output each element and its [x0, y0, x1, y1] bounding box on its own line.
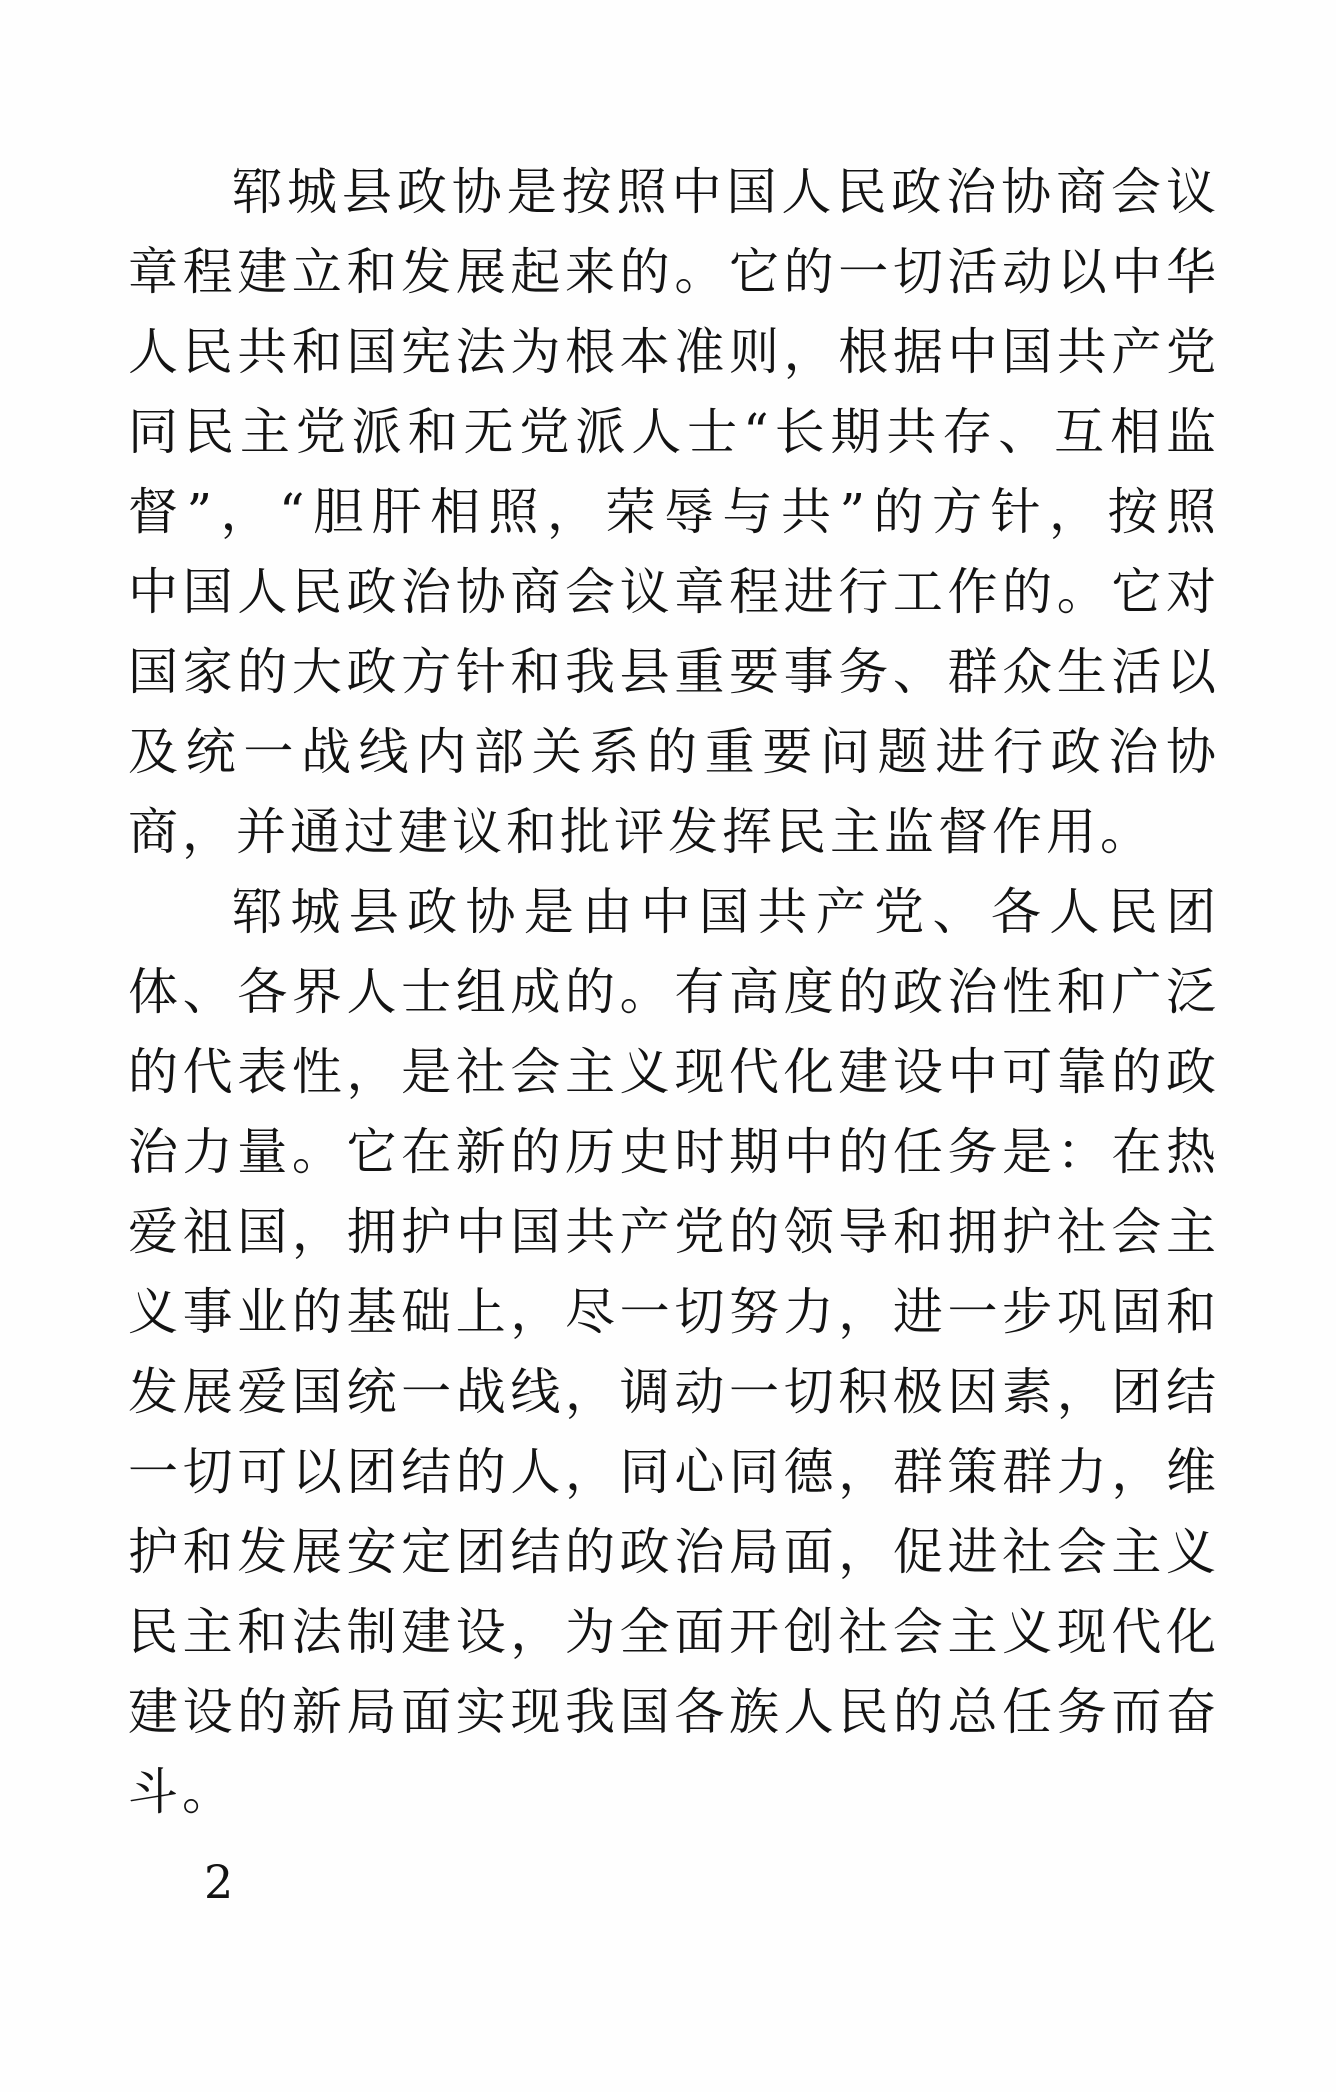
text-line: 治力量。它在新的历史时期中的任务是：在热 [128, 1112, 1216, 1192]
text-line: 商，并通过建议和批评发挥民主监督作用。 [128, 792, 1216, 872]
text-line: 国家的大政方针和我县重要事务、群众生活以 [128, 632, 1216, 712]
text-line: 及统一战线内部关系的重要问题进行政治协 [128, 712, 1216, 792]
text-line: 一切可以团结的人，同心同德，群策群力，维 [128, 1432, 1216, 1512]
text-line: 体、各界人士组成的。有高度的政治性和广泛 [128, 952, 1216, 1032]
text-line: 斗。 [128, 1752, 1216, 1832]
scanned-page: 郓城县政协是按照中国人民政治协商会议 章程建立和发展起来的。它的一切活动以中华 … [0, 0, 1336, 2092]
text-line: 中国人民政治协商会议章程进行工作的。它对 [128, 552, 1216, 632]
text-line: 民主和法制建设，为全面开创社会主义现代化 [128, 1592, 1216, 1672]
paragraph-2: 郓城县政协是由中国共产党、各人民团 体、各界人士组成的。有高度的政治性和广泛 的… [128, 872, 1216, 1832]
text-line: 章程建立和发展起来的。它的一切活动以中华 [128, 232, 1216, 312]
text-line: 护和发展安定团结的政治局面，促进社会主义 [128, 1512, 1216, 1592]
body-text: 郓城县政协是按照中国人民政治协商会议 章程建立和发展起来的。它的一切活动以中华 … [128, 152, 1216, 1832]
text-line: 的代表性，是社会主义现代化建设中可靠的政 [128, 1032, 1216, 1112]
text-line: 同民主党派和无党派人士“长期共存、互相监 [128, 392, 1216, 472]
text-line: 郓城县政协是按照中国人民政治协商会议 [128, 152, 1216, 232]
text-line: 督”，“胆肝相照，荣辱与共”的方针，按照 [128, 472, 1216, 552]
text-line: 发展爱国统一战线，调动一切积极因素，团结 [128, 1352, 1216, 1432]
text-line: 爱祖国，拥护中国共产党的领导和拥护社会主 [128, 1192, 1216, 1272]
text-line: 建设的新局面实现我国各族人民的总任务而奋 [128, 1672, 1216, 1752]
page-number: 2 [204, 1852, 233, 1912]
text-line: 郓城县政协是由中国共产党、各人民团 [128, 872, 1216, 952]
paragraph-1: 郓城县政协是按照中国人民政治协商会议 章程建立和发展起来的。它的一切活动以中华 … [128, 152, 1216, 872]
text-line: 人民共和国宪法为根本准则，根据中国共产党 [128, 312, 1216, 392]
text-line: 义事业的基础上，尽一切努力，进一步巩固和 [128, 1272, 1216, 1352]
